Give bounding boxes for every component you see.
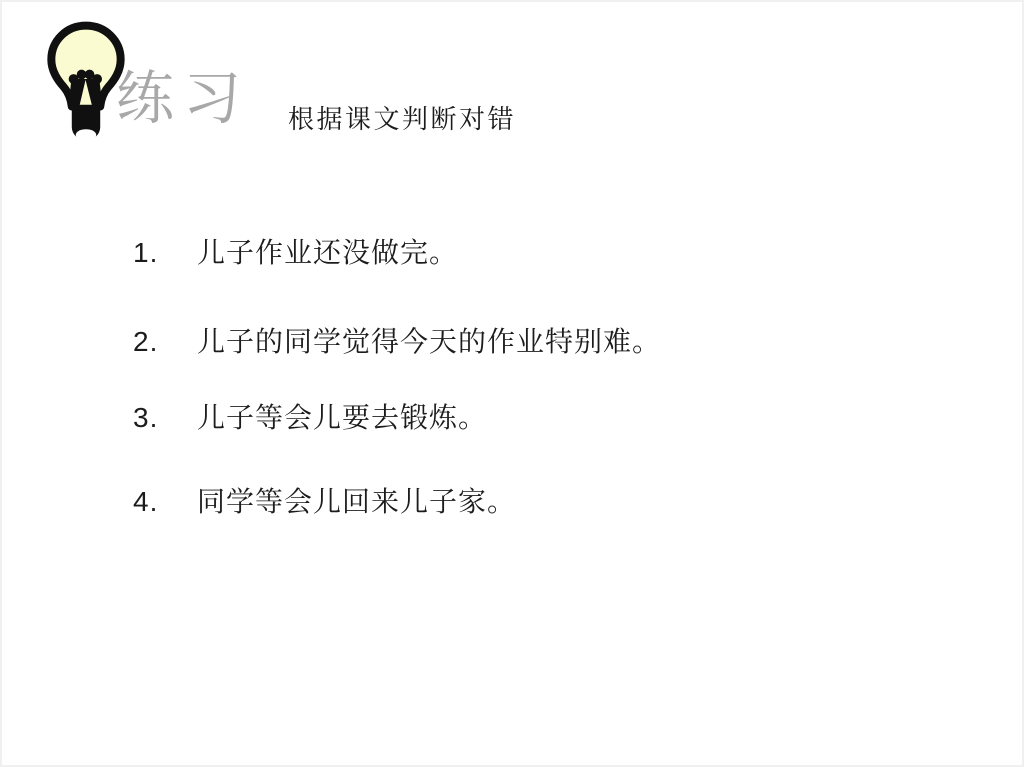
slide: 练习 根据课文判断对错 1. 儿子作业还没做完。 2. 儿子的同学觉得今天的作业… (0, 0, 1024, 767)
list-item-text: 儿子等会儿要去锻炼。 (197, 400, 487, 436)
list-item-number: 3. (133, 400, 197, 436)
slide-title: 练习 (116, 60, 250, 138)
list-item-2: 2. 儿子的同学觉得今天的作业特别难。 (133, 324, 661, 360)
list-item-text: 同学等会儿回来儿子家。 (197, 484, 516, 520)
slide-subtitle: 根据课文判断对错 (288, 103, 516, 135)
list-item-3: 3. 儿子等会儿要去锻炼。 (133, 400, 487, 436)
list-item-number: 4. (133, 484, 197, 520)
lightbulb-icon (46, 20, 126, 154)
list-item-4: 4. 同学等会儿回来儿子家。 (133, 484, 516, 520)
list-item-number: 1. (133, 235, 197, 271)
list-item-text: 儿子作业还没做完。 (197, 235, 458, 271)
list-item-text: 儿子的同学觉得今天的作业特别难。 (197, 324, 661, 360)
list-item-number: 2. (133, 324, 197, 360)
list-item-1: 1. 儿子作业还没做完。 (133, 235, 458, 271)
